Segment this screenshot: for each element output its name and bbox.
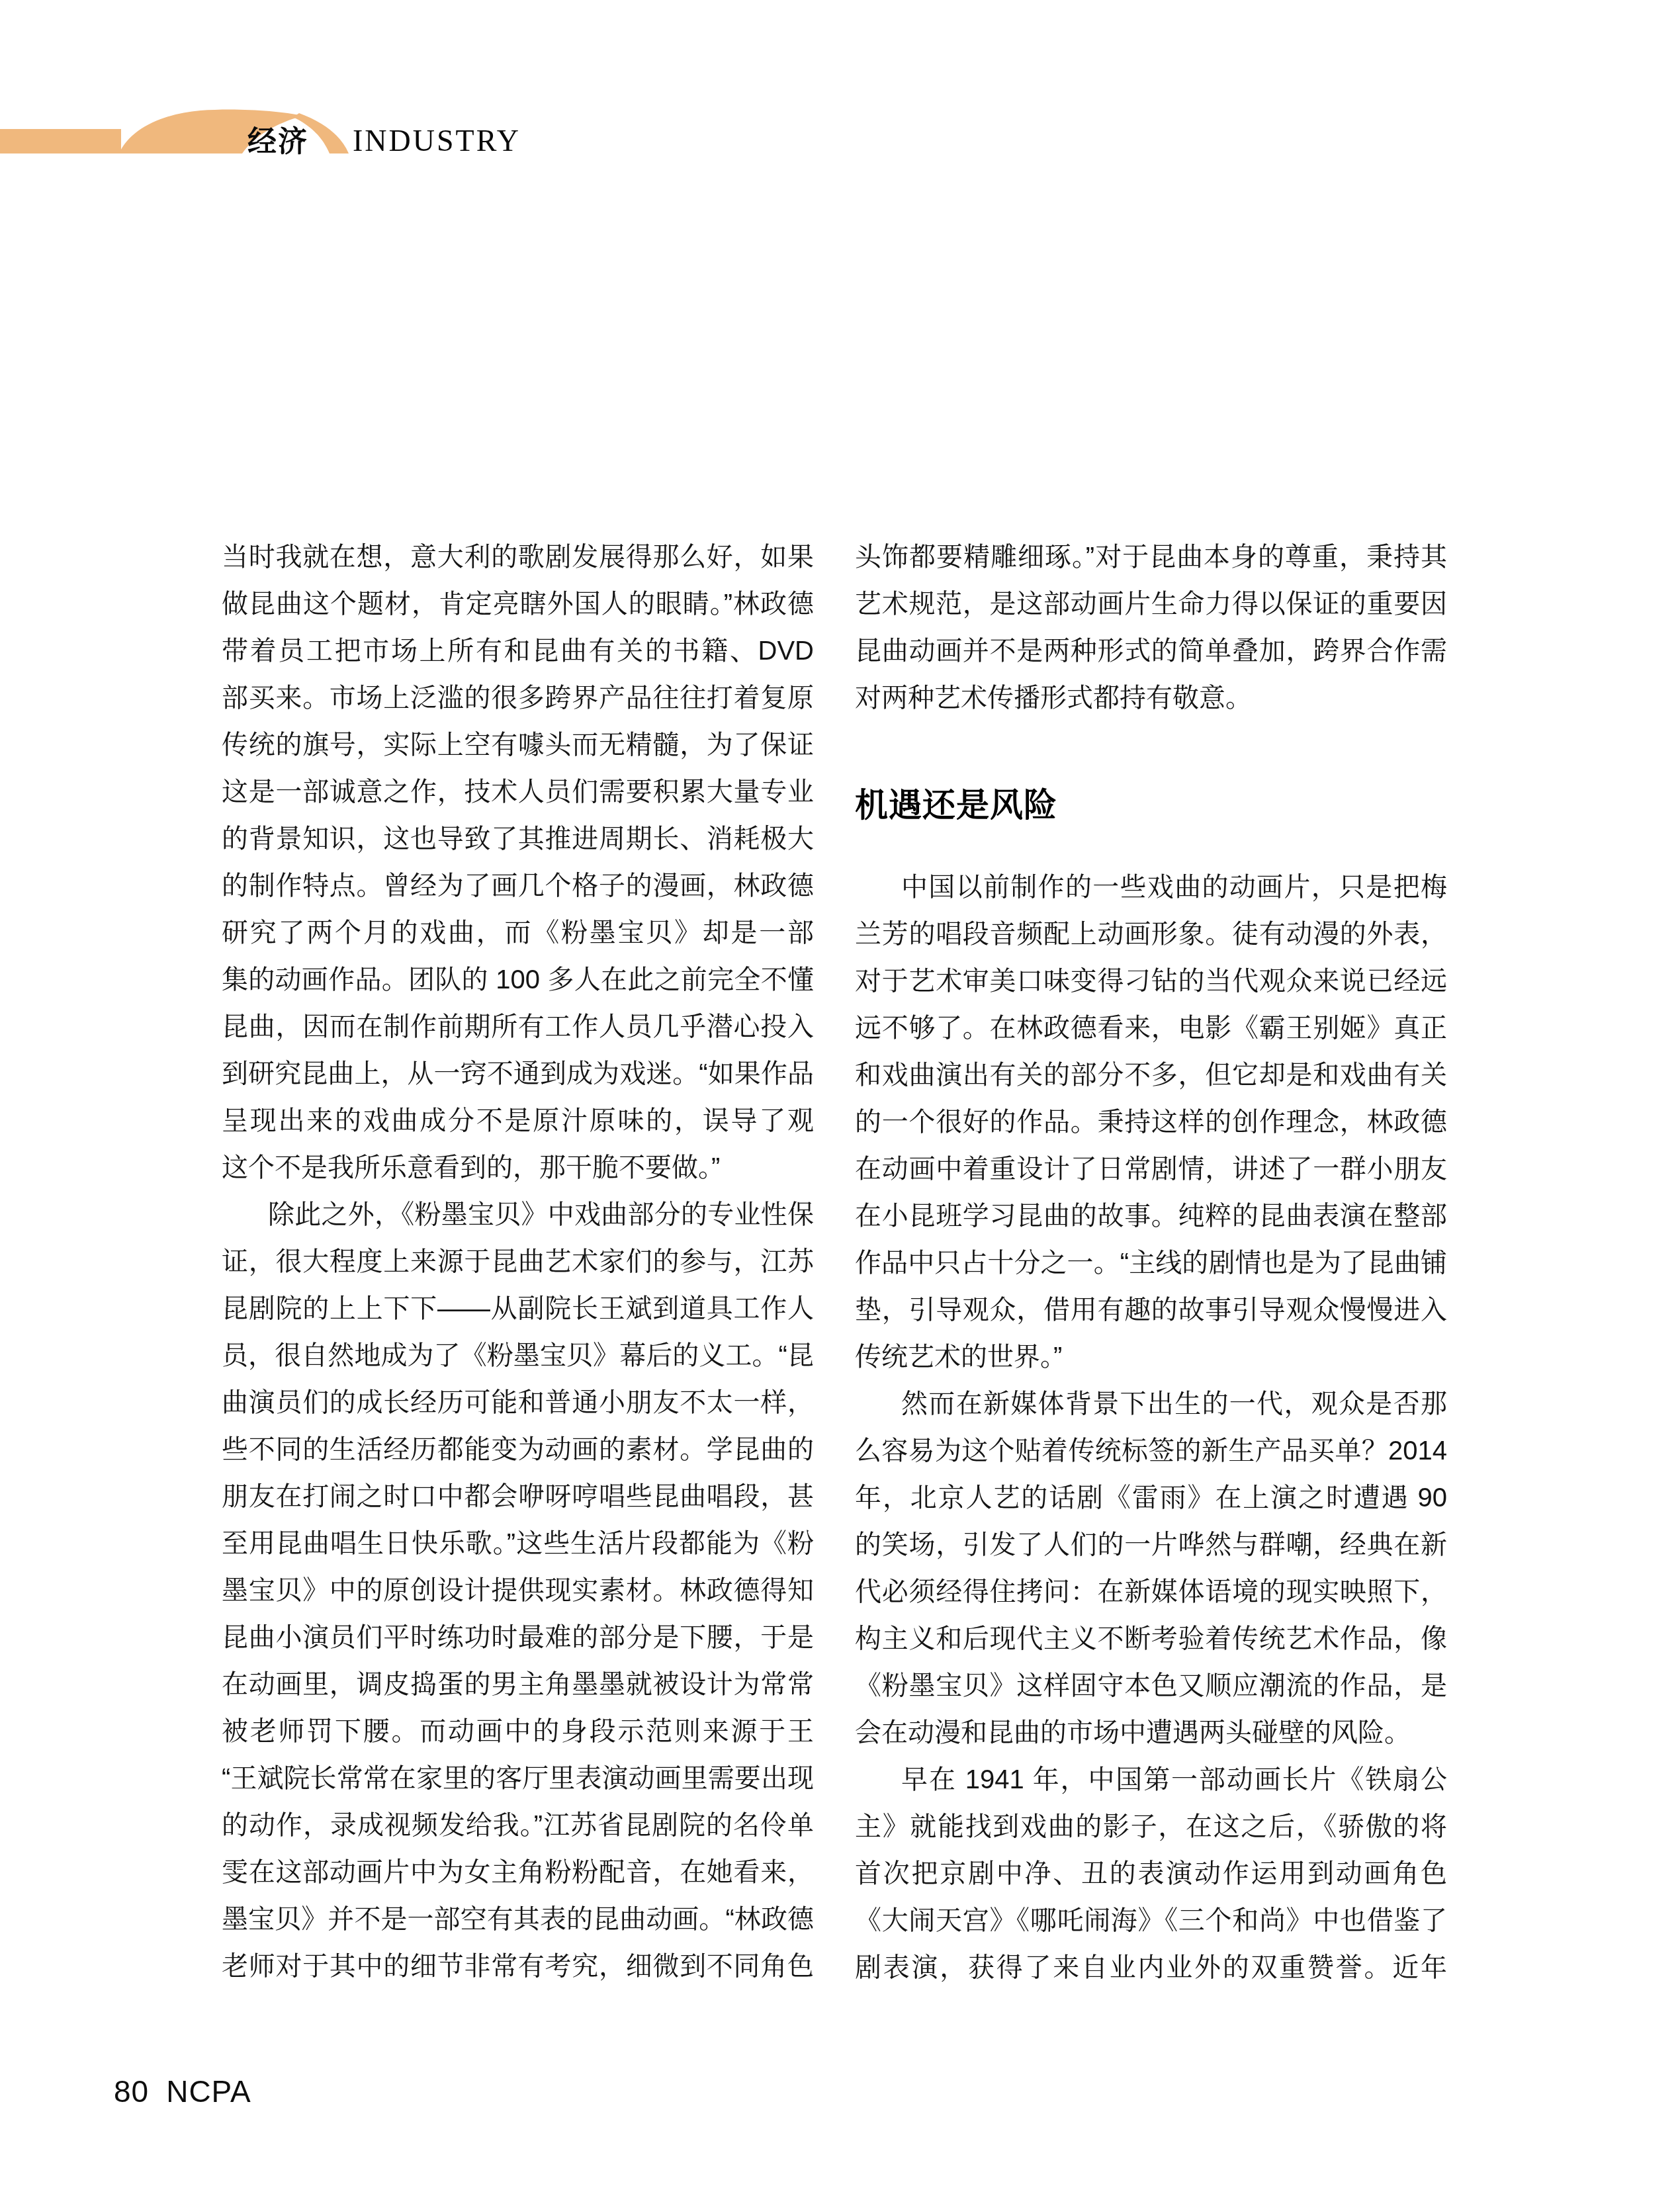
text-line: 到研究昆曲上，从一窍不通到成为戏迷。“如果作品 xyxy=(222,1051,814,1098)
text-line: 昆曲，因而在制作前期所有工作人员几乎潜心投入 xyxy=(222,1004,814,1051)
text-line: 员，很自然地成为了《粉墨宝贝》幕后的义工。“昆 xyxy=(222,1333,814,1379)
text-line: 《粉墨宝贝》这样固守本色又顺应潮流的作品，是否 xyxy=(855,1663,1447,1710)
page-footer: 80 NCPA xyxy=(114,2074,251,2110)
text-line: 的动作，录成视频发给我。”江苏省昆剧院的名伶单 xyxy=(222,1802,814,1849)
text-line: 集的动画作品。团队的 100 多人在此之前完全不懂 xyxy=(222,957,814,1004)
text-line: 然而在新媒体背景下出生的一代，观众是否那 xyxy=(855,1381,1447,1428)
article-body: 当时我就在想，意大利的歌剧发展得那么好，如果做昆曲这个题材，肯定亮瞎外国人的眼睛… xyxy=(222,534,1447,1991)
header-accent-bar xyxy=(0,129,121,153)
text-line: 远不够了。在林政德看来，电影《霸王别姬》真正 xyxy=(855,1005,1447,1052)
text-line: 剧表演，获得了来自业内业外的双重赞誉。近年来， xyxy=(855,1945,1447,1991)
text-line: 曲演员们的成长经历可能和普通小朋友不太一样，这 xyxy=(222,1379,814,1426)
text-line: 年，北京人艺的话剧《雷雨》在上演之时遭遇 90 后 xyxy=(855,1475,1447,1522)
magazine-code: NCPA xyxy=(166,2074,251,2110)
text-line: 些不同的生活经历都能变为动画的素材。学昆曲的小 xyxy=(222,1426,814,1473)
section-heading: 机遇还是风险 xyxy=(855,782,1447,829)
text-line: 墨宝贝》并不是一部空有其表的昆曲动画。“林政德 xyxy=(222,1896,814,1943)
text-line: 的制作特点。曾经为了画几个格子的漫画，林政德 xyxy=(222,863,814,910)
text-line: 和戏曲演出有关的部分不多，但它却是和戏曲有关 xyxy=(855,1052,1447,1099)
text-line: 的背景知识，这也导致了其推进周期长、消耗极大 xyxy=(222,816,814,863)
text-line: 朋友在打闹之时口中都会咿呀哼唱些昆曲唱段，甚 xyxy=(222,1473,814,1520)
text-line: “王斌院长常常在家里的客厅里表演动画里需要出现 xyxy=(222,1755,814,1802)
text-line: 至用昆曲唱生日快乐歌。”这些生活片段都能为《粉 xyxy=(222,1520,814,1567)
text-line: 除此之外，《粉墨宝贝》中戏曲部分的专业性保 xyxy=(222,1192,814,1239)
text-line: 传统艺术的世界。” xyxy=(855,1334,1447,1381)
text-line: 作品中只占十分之一。“主线的剧情也是为了昆曲铺 xyxy=(855,1240,1447,1287)
text-line: 昆曲小演员们平时练功时最难的部分是下腰，于是 xyxy=(222,1614,814,1661)
text-line: 这个不是我所乐意看到的，那干脆不要做。” xyxy=(222,1145,814,1192)
text-line: 这是一部诚意之作，技术人员们需要积累大量专业 xyxy=(222,769,814,816)
text-line: 带着员工把市场上所有和昆曲有关的书籍、DVD 全 xyxy=(222,628,814,675)
text-line: 呈现出来的戏曲成分不是原汁原味的，误导了观众， xyxy=(222,1098,814,1145)
text-line: 在小昆班学习昆曲的故事。纯粹的昆曲表演在整部 xyxy=(855,1193,1447,1240)
text-line: 传统的旗号，实际上空有噱头而无精髓，为了保证 xyxy=(222,722,814,769)
text-line: 对两种艺术传播形式都持有敬意。 xyxy=(855,675,1447,722)
page-number: 80 xyxy=(114,2074,149,2110)
text-line: 做昆曲这个题材，肯定亮瞎外国人的眼睛。”林政德 xyxy=(222,581,814,628)
text-line: 在动画中着重设计了日常剧情，讲述了一群小朋友 xyxy=(855,1146,1447,1193)
text-line: 对于艺术审美口味变得刁钻的当代观众来说已经远 xyxy=(855,958,1447,1005)
text-line: 证，很大程度上来源于昆曲艺术家们的参与，江苏省 xyxy=(222,1239,814,1286)
text-line: 昆曲动画并不是两种形式的简单叠加，跨界合作需要 xyxy=(855,628,1447,675)
text-line: 会在动漫和昆曲的市场中遭遇两头碰壁的风险。 xyxy=(855,1710,1447,1757)
section-title-en: INDUSTRY xyxy=(353,126,521,156)
text-line: 墨宝贝》中的原创设计提供现实素材。林政德得知 xyxy=(222,1567,814,1614)
magazine-page: { "header": { "section_title_cn": "经济", … xyxy=(0,0,1680,2188)
text-line: 头饰都要精雕细琢。”对于昆曲本身的尊重，秉持其 xyxy=(855,534,1447,581)
section-title-cn: 经济 xyxy=(247,128,308,157)
text-line: 当时我就在想，意大利的歌剧发展得那么好，如果 xyxy=(222,534,814,581)
text-line: 的一个很好的作品。秉持这样的创作理念，林政德 xyxy=(855,1099,1447,1146)
text-line: 被老师罚下腰。而动画中的身段示范则来源于王斌。 xyxy=(222,1708,814,1755)
right-column: 头饰都要精雕细琢。”对于昆曲本身的尊重，秉持其艺术规范，是这部动画片生命力得以保… xyxy=(855,534,1447,1991)
text-line: 的笑场，引发了人们的一片哗然与群嘲，经典在新时 xyxy=(855,1522,1447,1569)
text-line: 代必须经得住拷问：在新媒体语境的现实映照下，解 xyxy=(855,1569,1447,1616)
text-line: 构主义和后现代主义不断考验着传统艺术作品，像 xyxy=(855,1616,1447,1663)
text-line: 昆剧院的上上下下——从副院长王斌到道具工作人 xyxy=(222,1286,814,1333)
text-line: 雯在这部动画片中为女主角粉粉配音，在她看来，《粉 xyxy=(222,1849,814,1896)
text-line: 首次把京剧中净、丑的表演动作运用到动画角色上， xyxy=(855,1851,1447,1898)
text-line: 主》就能找到戏曲的影子，在这之后，《骄傲的将军》 xyxy=(855,1804,1447,1851)
text-line: 老师对于其中的细节非常有考究，细微到不同角色的 xyxy=(222,1943,814,1990)
text-line: 艺术规范，是这部动画片生命力得以保证的重要因素。 xyxy=(855,581,1447,628)
section-logo xyxy=(0,106,371,159)
text-line: 《大闹天宫》《哪吒闹海》《三个和尚》中也借鉴了京 xyxy=(855,1898,1447,1945)
left-column: 当时我就在想，意大利的歌剧发展得那么好，如果做昆曲这个题材，肯定亮瞎外国人的眼睛… xyxy=(222,534,814,1991)
text-line: 早在 1941 年，中国第一部动画长片《铁扇公 xyxy=(855,1757,1447,1804)
text-line: 么容易为这个贴着传统标签的新生产品买单？2014 xyxy=(855,1428,1447,1475)
text-line: 在动画里，调皮捣蛋的男主角墨墨就被设计为常常 xyxy=(222,1661,814,1708)
text-line: 中国以前制作的一些戏曲的动画片，只是把梅 xyxy=(855,864,1447,911)
text-line: 部买来。市场上泛滥的很多跨界产品往往打着复原 xyxy=(222,675,814,722)
text-line: 垫，引导观众，借用有趣的故事引导观众慢慢进入 xyxy=(855,1287,1447,1334)
text-line: 研究了两个月的戏曲，而《粉墨宝贝》却是一部 12 xyxy=(222,910,814,957)
text-line: 兰芳的唱段音频配上动画形象。徒有动漫的外表， xyxy=(855,911,1447,958)
